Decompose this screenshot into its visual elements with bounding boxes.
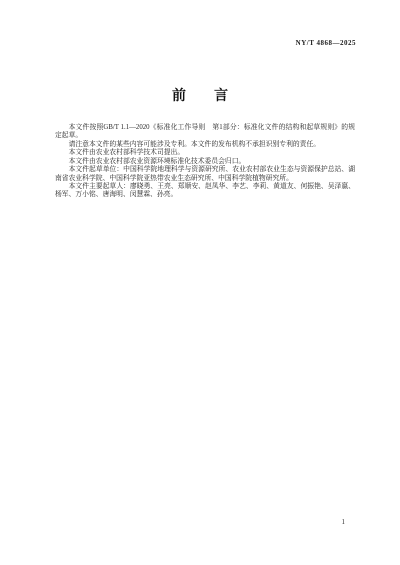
foreword-paragraph-patent-notice: 请注意本文件的某些内容可能涉及专利。本文件的发布机构不承担识别专利的责任。: [55, 141, 355, 149]
standard-code: NY/T 4868—2025: [296, 39, 356, 47]
page-title: 前 言: [0, 85, 400, 105]
foreword-paragraph-committee: 本文件由农业农村部农业资源环境标准化技术委员会归口。: [55, 158, 355, 166]
foreword-body: 本文件按照GB/T 1.1—2020《标准化工作导则 第1部分：标准化文件的结构…: [55, 124, 355, 200]
foreword-paragraph-proposer: 本文件由农业农村部科学技术司提出。: [55, 149, 355, 157]
foreword-paragraph-drafting-rule: 本文件按照GB/T 1.1—2020《标准化工作导则 第1部分：标准化文件的结构…: [55, 124, 355, 141]
foreword-paragraph-drafting-organizations: 本文件起草单位：中国科学院地理科学与资源研究所、农业农村部农业生态与资源保护总站…: [55, 166, 355, 183]
document-page: NY/T 4868—2025 前 言 本文件按照GB/T 1.1—2020《标准…: [0, 0, 400, 565]
page-number: 1: [342, 518, 346, 526]
foreword-paragraph-drafters: 本文件主要起草人：廖晓勇、王亮、郑顺安、赵凤华、李艺、李莉、黄道友、何振艳、吴泽…: [55, 183, 355, 200]
